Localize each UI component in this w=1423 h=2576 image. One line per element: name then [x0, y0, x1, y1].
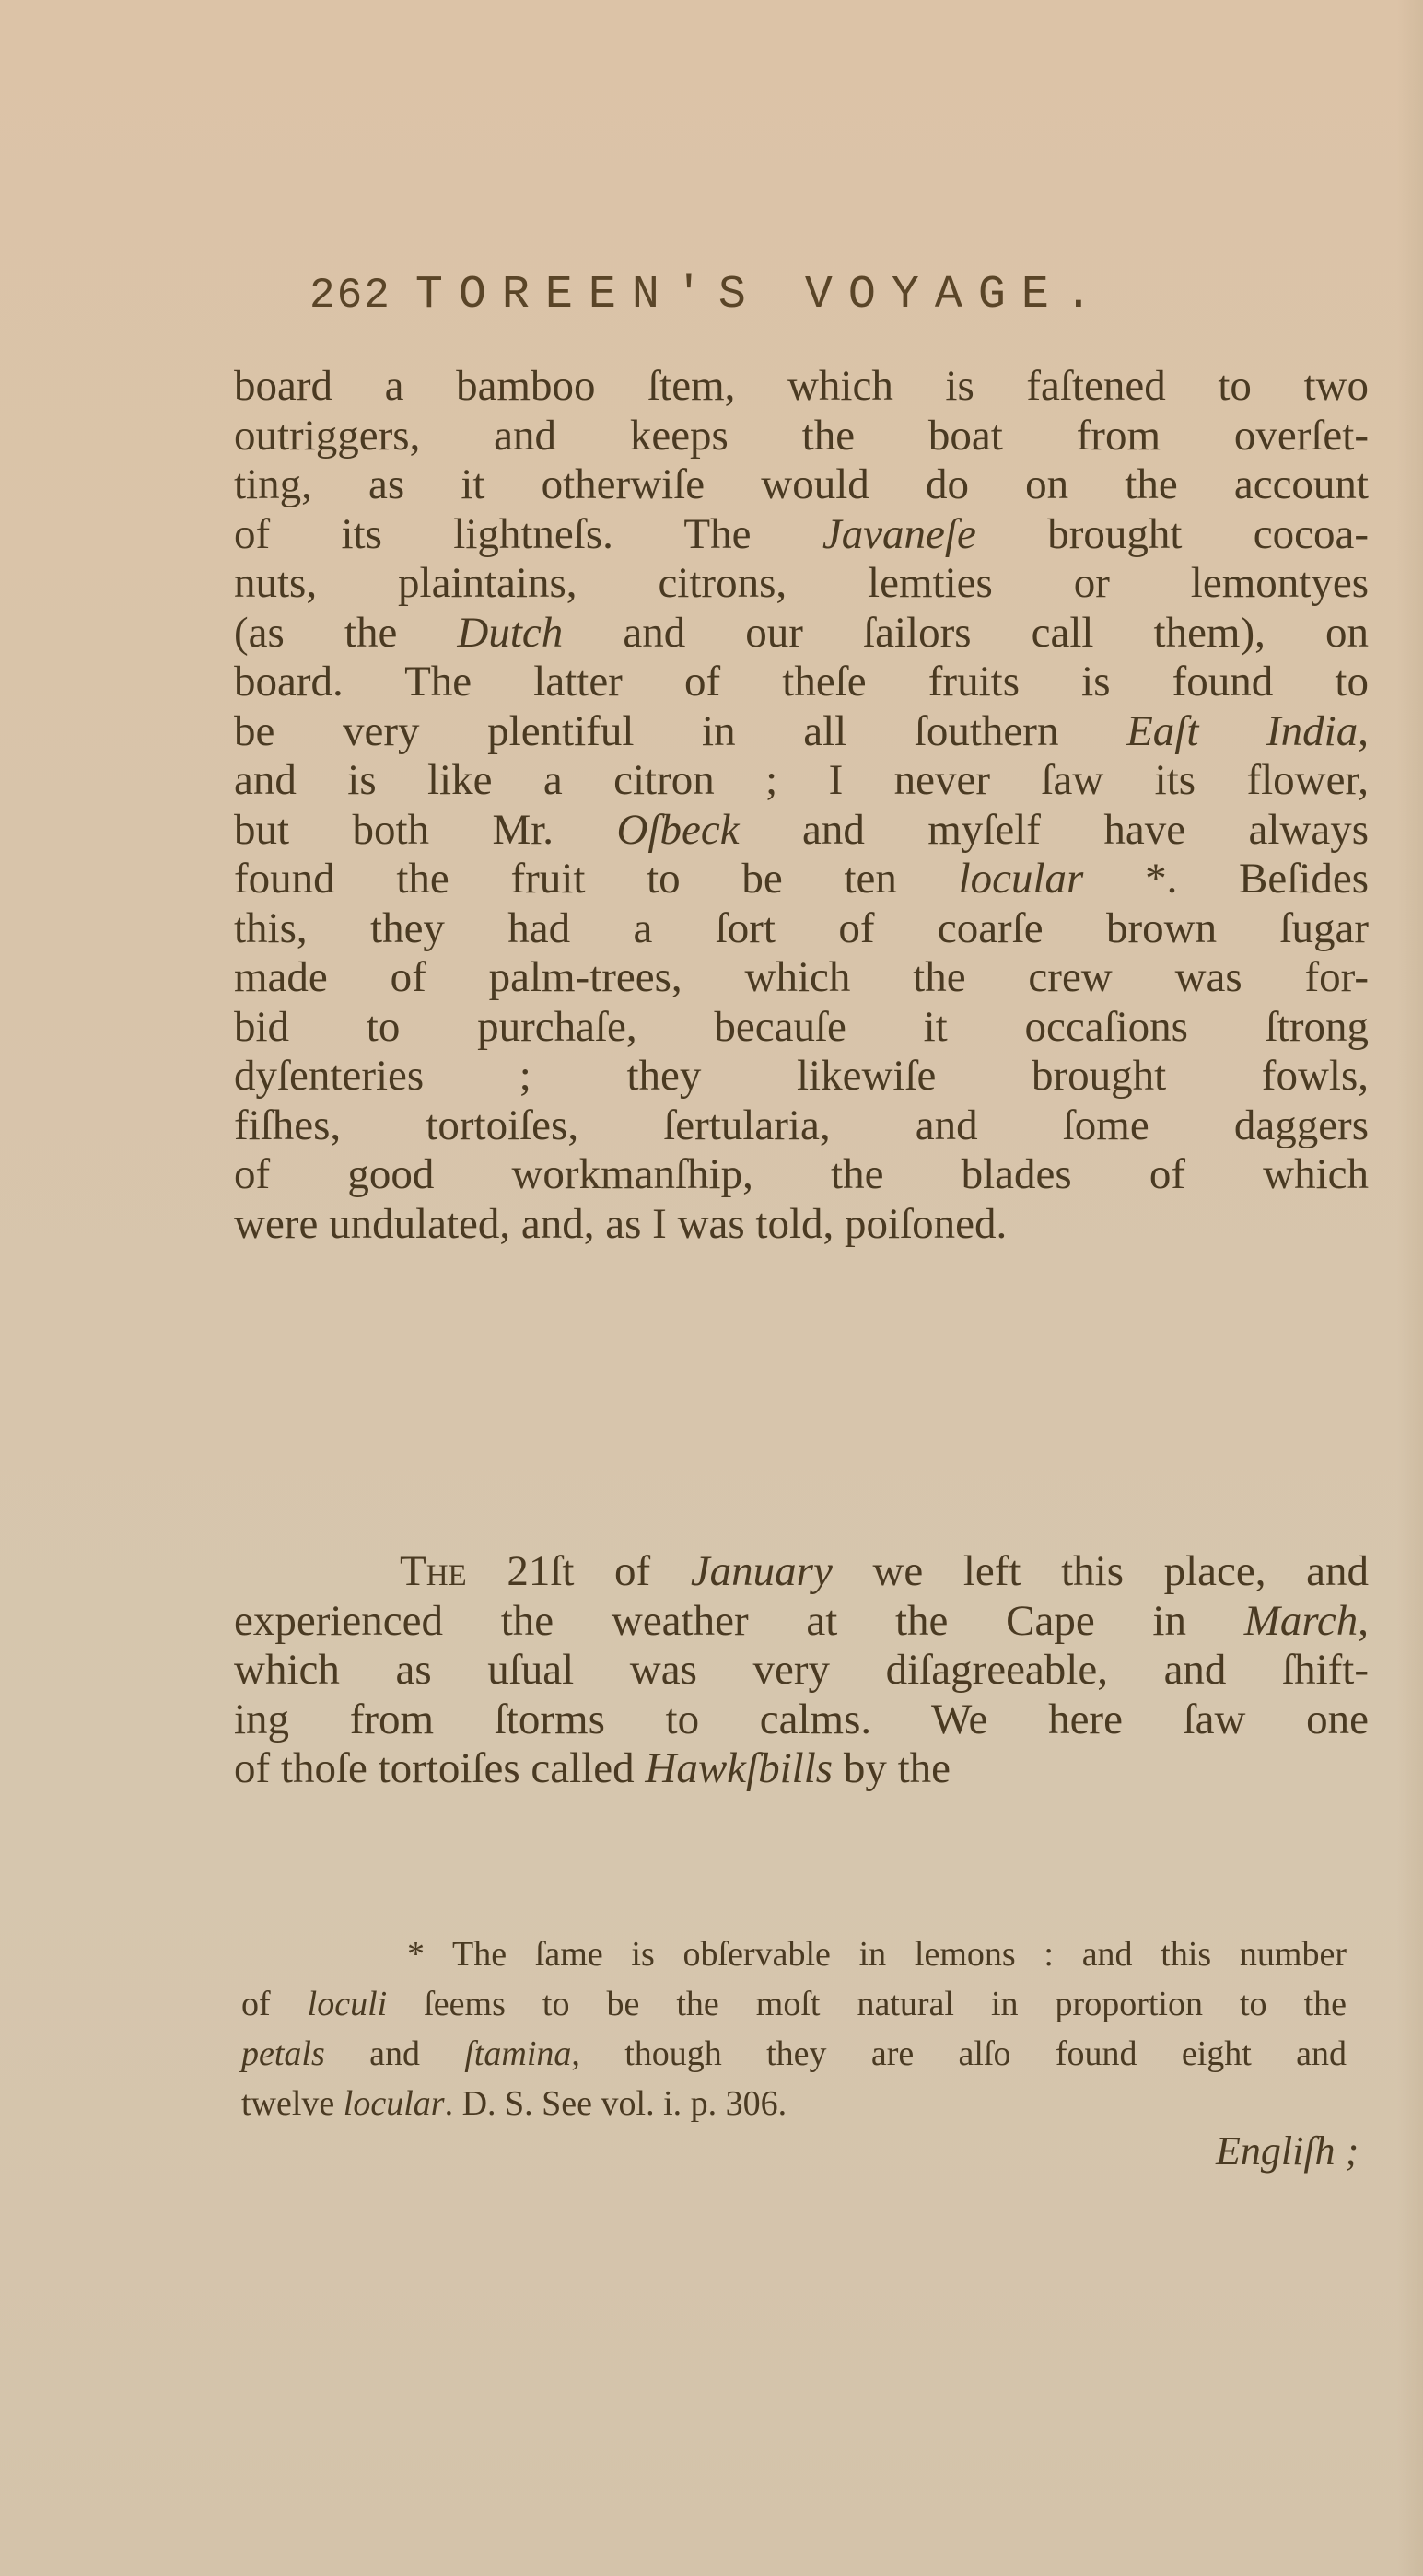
text-line: found the fruit to be ten locular *. Beſ… — [234, 855, 1369, 904]
text-line: of thoſe tortoiſes called Hawkſbills by … — [234, 1744, 1369, 1794]
text-line: this, they had a ſort of coarſe brown ſu… — [234, 904, 1369, 954]
text-line: nuts, plaintains, citrons, lemties or le… — [234, 559, 1369, 609]
text-line: * The ſame is obſervable in lemons : and… — [241, 1929, 1347, 1979]
running-head: 262 TOREEN'S VOYAGE. — [309, 269, 1212, 324]
text-line: twelve locular. D. S. See vol. i. p. 306… — [241, 2079, 1347, 2128]
page-edge-shadow — [1397, 0, 1423, 2576]
text-line: board. The latter of theſe fruits is fou… — [234, 658, 1369, 707]
text-line: petals and ſtamina, though they are alſo… — [241, 2029, 1347, 2079]
catchword: Engliſh ; — [1216, 2127, 1359, 2174]
running-title: TOREEN'S VOYAGE. — [415, 269, 1108, 321]
text-line: of good workmanſhip, the blades of which — [234, 1150, 1369, 1200]
page-number: 262 — [309, 272, 391, 320]
text-line: experienced the weather at the Cape in M… — [234, 1597, 1369, 1647]
text-line: were undulated, and, as I was told, poiſ… — [234, 1200, 1369, 1250]
text-line: outriggers, and keeps the boat from over… — [234, 412, 1369, 461]
text-line: (as the Dutch and our ſailors call them)… — [234, 609, 1369, 659]
paragraph-2: The 21ſt of January we left this place, … — [234, 1547, 1369, 1794]
text-line: dyſenteries ; they likewiſe brought fowl… — [234, 1052, 1369, 1102]
text-line: ing from ſtorms to calms. We here ſaw on… — [234, 1696, 1369, 1745]
text-line: which as uſual was very diſagreeable, an… — [234, 1646, 1369, 1696]
footnote: * The ſame is obſervable in lemons : and… — [241, 1929, 1347, 2128]
text-line: be very plentiful in all ſouthern Eaſt I… — [234, 707, 1369, 757]
text-line: ting, as it otherwiſe would do on the ac… — [234, 460, 1369, 510]
text-line: The 21ſt of January we left this place, … — [234, 1547, 1369, 1597]
text-line: of loculi ſeems to be the moſt natural i… — [241, 1979, 1347, 2029]
text-line: of its lightneſs. The Javaneſe brought c… — [234, 510, 1369, 560]
text-line: made of palm-trees, which the crew was f… — [234, 953, 1369, 1003]
text-line: but both Mr. Oſbeck and myſelf have alwa… — [234, 806, 1369, 856]
text-line: bid to purchaſe, becauſe it occaſions ſt… — [234, 1003, 1369, 1053]
text-line: board a bamboo ſtem, which is faſtened t… — [234, 362, 1369, 412]
text-line: fiſhes, tortoiſes, ſertularia, and ſome … — [234, 1102, 1369, 1151]
paragraph-1: board a bamboo ſtem, which is faſtened t… — [234, 362, 1369, 1249]
text-line: and is like a citron ; I never ſaw its f… — [234, 756, 1369, 806]
book-page: 262 TOREEN'S VOYAGE. board a bamboo ſtem… — [0, 0, 1423, 2576]
